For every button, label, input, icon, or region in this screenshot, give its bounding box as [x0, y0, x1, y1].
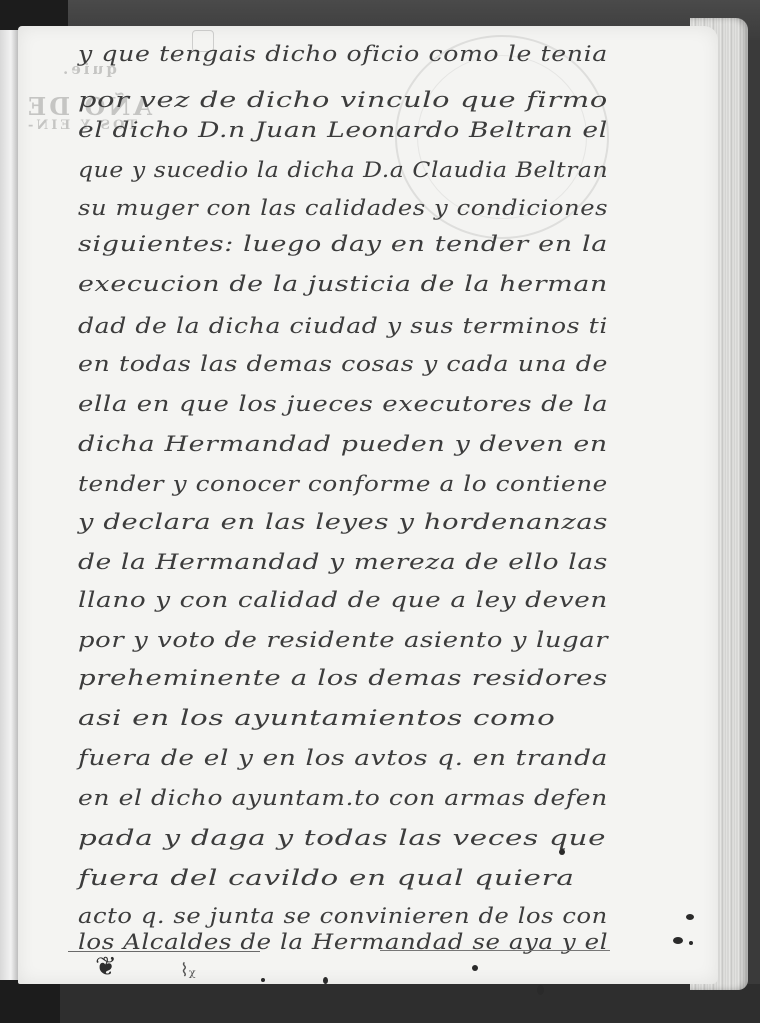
wormhole	[537, 985, 544, 995]
wormhole	[323, 977, 328, 984]
manuscript-line: y declara en las leyes y hordenanzas	[78, 510, 608, 534]
wormhole	[673, 937, 683, 944]
manuscript-line: por y voto de residente asiento y lugar	[78, 628, 608, 652]
manuscript-line: dad de la dicha ciudad y sus terminos ti	[78, 314, 608, 338]
wormhole	[261, 978, 265, 982]
manuscript-line: acto q. se junta se convinieren de los c…	[78, 904, 608, 928]
manuscript-line: tender y conocer conforme a lo contiene	[78, 472, 608, 496]
wormhole	[559, 849, 565, 855]
ink-smudge-marks: ⌇ᵪ	[180, 960, 230, 984]
manuscript-line: ella en que los jueces executores de la	[78, 392, 608, 416]
manuscript-line: execucion de la justicia de la herman	[78, 272, 608, 296]
scanner-backdrop-bottom	[60, 984, 760, 1023]
wormhole	[689, 941, 693, 945]
manuscript-line: asi en los ayuntamientos como	[78, 706, 556, 730]
manuscript-line: llano y con calidad de que a ley deven	[78, 588, 608, 612]
manuscript-line: siguientes: luego day en tender en la	[78, 232, 608, 256]
manuscript-line: el dicho D.n Juan Leonardo Beltran el	[78, 118, 608, 142]
manuscript-line: pada y daga y todas las veces que	[78, 826, 606, 850]
manuscript-line: de la Hermandad y mereza de ello las	[78, 550, 608, 574]
manuscript-line: en todas las demas cosas y cada una de	[78, 352, 608, 376]
manuscript-line: fuera de el y en los avtos q. en tranda	[78, 746, 608, 770]
manuscript-line: preheminente a los demas residores	[78, 666, 608, 690]
manuscript-line: fuera del cavildo en qual quiera	[78, 866, 575, 890]
manuscript-line: su muger con las calidades y condiciones	[78, 196, 608, 220]
wormhole	[472, 965, 478, 971]
closing-rule-line	[380, 950, 610, 951]
manuscript-line: dicha Hermandad pueden y deven en	[78, 432, 608, 456]
wormhole	[686, 914, 694, 920]
manuscript-line: por vez de dicho vinculo que firmo	[78, 88, 608, 112]
manuscript-line: que y sucedio la dicha D.a Claudia Beltr…	[78, 158, 608, 182]
manuscript-line: y que tengais dicho oficio como le tenia	[78, 42, 608, 66]
manuscript-line: en el dicho ayuntam.to con armas defen	[78, 786, 608, 810]
facing-page-edge	[0, 30, 19, 980]
rubric-flourish-icon: ❦	[95, 952, 117, 982]
